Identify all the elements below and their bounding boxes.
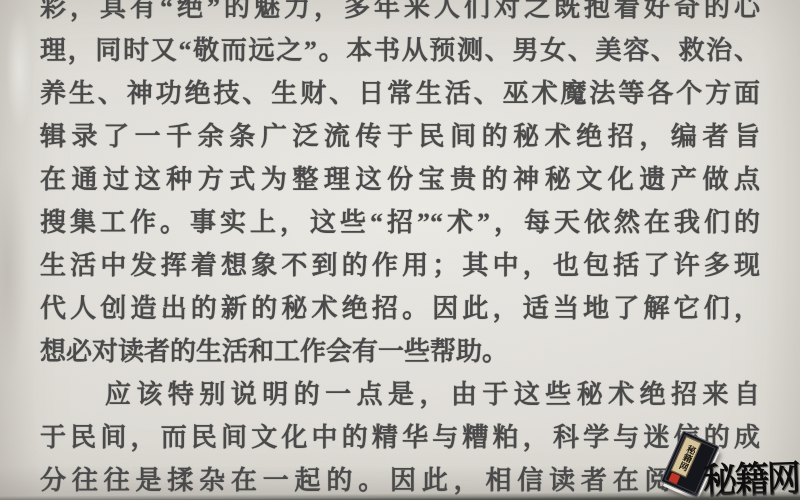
scanned-page: 彩，具有“绝”的魅力，多年来人们对之既抱着好奇的心 理，同时又“敬而远之”。本书… bbox=[0, 0, 800, 500]
watermark: 秘籍网 秘籍网 bbox=[660, 430, 800, 500]
text-line-4: 辑录了一千余条广泛流传于民间的秘术绝招，编者旨 bbox=[40, 115, 760, 158]
text-line-2: 理，同时又“敬而远之”。本书从预测、男女、美容、救治、 bbox=[40, 29, 760, 72]
text-line-11: 于民间，而民间文化中的精华与糟粕，科学与迷信的成 bbox=[40, 416, 760, 459]
text-line-7: 生活中发挥着想象不到的作用；其中，也包括了许多现 bbox=[40, 244, 760, 287]
text-line-9-paragraph-end: 想必对读者的生活和工作会有一些帮助。 bbox=[40, 330, 760, 373]
text-line-10-paragraph-start: 应该特别说明的一点是，由于这些秘术绝招来自 bbox=[40, 373, 760, 416]
text-line-8: 代人创造出的新的秘术绝招。因此，适当地了解它们， bbox=[40, 287, 760, 330]
text-line-1: 彩，具有“绝”的魅力，多年来人们对之既抱着好奇的心 bbox=[40, 0, 760, 29]
left-edge-smudge bbox=[0, 160, 28, 380]
text-line-3: 养生、神功绝技、生财、日常生活、巫术魔法等各个方面 bbox=[40, 72, 760, 115]
book-title-label: 秘籍网 bbox=[671, 436, 702, 478]
text-line-6: 搜集工作。事实上，这些“招”“术”，每天依然在我们的 bbox=[40, 201, 760, 244]
paper-highlight-smudge bbox=[6, 10, 32, 130]
text-line-5: 在通过这种方式为整理这份宝贵的神秘文化遗产做点 bbox=[40, 158, 760, 201]
book-label-text: 秘籍网 bbox=[677, 443, 697, 472]
body-text-column: 彩，具有“绝”的魅力，多年来人们对之既抱着好奇的心 理，同时又“敬而远之”。本书… bbox=[40, 0, 760, 500]
